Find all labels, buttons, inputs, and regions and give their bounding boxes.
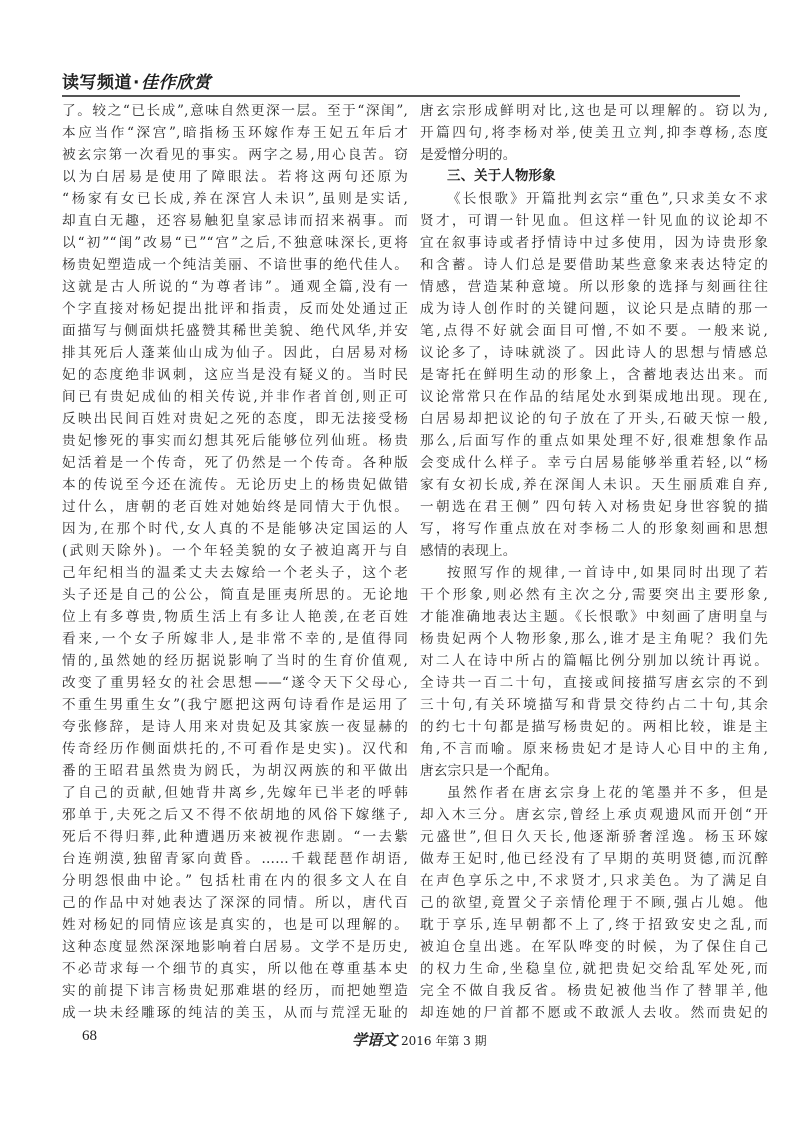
journal-name: 学语文	[352, 1031, 397, 1049]
running-header: 读写频道·佳作欣赏	[62, 68, 742, 96]
text-line: 笔,点得不好就会面目可憎,不如不要。一般来说,	[420, 320, 768, 342]
text-line: 了。较之“已长成”,意味自然更深一层。至于“深闺”,	[62, 100, 408, 122]
section-name: 读写频道	[62, 73, 132, 93]
text-line: 因为,在那个时代,女人真的不是能够决定国运的人	[62, 518, 408, 540]
text-line: 议论常常只在作品的结尾处水到渠成地出现。现在,	[420, 386, 768, 408]
text-line: 这就是古人所说的“为尊者讳”。通观全篇,没有一	[62, 276, 408, 298]
text-line: 唐玄宗形成鲜明对比,这也是可以理解的。窃以为,	[420, 100, 768, 122]
text-line: 己的作品中对她表达了深深的同情。所以，唐代百	[62, 892, 408, 914]
text-line: 情的,虽然她的经历据说影响了当时的生育价值观,	[62, 650, 408, 672]
text-line: 干个形象,则必然有主次之分,需要突出主要形象,	[420, 584, 768, 606]
text-line: 会变成什么样子。幸亏白居易能够举重若轻,以“杨	[420, 452, 768, 474]
left-column: 了。较之“已长成”,意味自然更深一层。至于“深闺”,本应当作“深宫”,暗指杨玉环…	[62, 100, 408, 1024]
text-line: 角,不言而喻。原来杨贵妃才是诗人心目中的主角,	[420, 738, 768, 760]
text-line: 虽然作者在唐玄宗身上花的笔墨并不多，但是	[420, 782, 768, 804]
text-line: 是寄托在鲜明生动的形象上，含蓄地表达出来。而	[420, 364, 768, 386]
title-separator: ·	[133, 73, 140, 93]
text-line: 对二人在诗中所占的篇幅比例分别加以统计再说。	[420, 650, 768, 672]
text-line: 以“初”“闺”改易“已”“宫”之后,不独意味深长,更将	[62, 232, 408, 254]
text-line: 唐玄宗只是一个配角。	[420, 760, 768, 782]
text-line: 宜在叙事诗或者抒情诗中过多使用，因为诗贵形象	[420, 232, 768, 254]
text-line: 家有女初长成,养在深闺人未识。天生丽质难自弃,	[420, 474, 768, 496]
text-line: 情感，营造某种意境。所以形象的选择与刻画往往	[420, 276, 768, 298]
header-divider	[62, 95, 740, 97]
text-line: 才能准确地表达主题。《长恨歌》中刻画了唐明皇与	[420, 606, 768, 628]
text-line: 杨贵妃两个人物形象,那么,谁才是主角呢？我们先	[420, 628, 768, 650]
text-line: 贤才，可谓一针见血。但这样一针见血的议论却不	[420, 210, 768, 232]
text-line: 以为白居易是使用了障眼法。若将这两句还原为	[62, 166, 408, 188]
text-line: 贵妃惨死的事实而幻想其死后能够位列仙班。杨贵	[62, 430, 408, 452]
journal-issue: 2016 年第 3 期	[401, 1034, 487, 1048]
text-line: 元盛世”,但日久天长,他逐渐骄奢淫逸。杨玉环嫁	[420, 826, 768, 848]
text-line: 是爱憎分明的。	[420, 144, 768, 166]
text-line: 间已有贵妃成仙的相关传说,并非作者首创,则正可	[62, 386, 408, 408]
text-line: 排其死后人蓬莱仙山成为仙子。因此，白居易对杨	[62, 342, 408, 364]
text-line: 被玄宗第一次看见的事实。两字之易,用心良苦。窃	[62, 144, 408, 166]
right-column: 唐玄宗形成鲜明对比,这也是可以理解的。窃以为,开篇四句,将李杨对举,使美丑立判,…	[420, 100, 768, 1024]
subsection-name: 佳作欣赏	[141, 73, 211, 93]
text-line: 看来,一个女子所嫁非人,是非常不幸的,是值得同	[62, 628, 408, 650]
text-line: 按照写作的规律,一首诗中,如果同时出现了若	[420, 562, 768, 584]
text-line: 做寿王妃时,他已经没有了早期的英明贤德,而沉醉	[420, 848, 768, 870]
page-number: 68	[82, 1028, 97, 1045]
text-line: 却连她的尸首都不愿或不敢派人去收。然而贵妃的	[420, 1002, 768, 1024]
text-line: 却入木三分。唐玄宗,曾经上承贞观遗风而开创“开	[420, 804, 768, 826]
text-line: 本应当作“深宫”,暗指杨玉环嫁作寿王妃五年后才	[62, 122, 408, 144]
text-line: 传奇经历作侧面烘托的,不可看作是史实)。汉代和	[62, 738, 408, 760]
text-line: (武则天除外)。一个年轻美貌的女子被迫离开与自	[62, 540, 408, 562]
text-line: 杨贵妃塑造成一个纯洁美丽、不谙世事的绝代佳人。	[62, 254, 408, 276]
text-line: 那么,后面写作的重点如果处理不好,很难想象作品	[420, 430, 768, 452]
text-line: 邪单于,夫死之后又不得不依胡地的风俗下嫁继子,	[62, 804, 408, 826]
text-line: 三十句,有关环境描写和背景交待约占二十句,其余	[420, 694, 768, 716]
text-line: 成为诗人创作时的关键问题，议论只是点睛的那一	[420, 298, 768, 320]
text-line: 白居易却把议论的句子放在了开头,石破天惊一般,	[420, 408, 768, 430]
text-line: 死后不得归葬,此种遭遇历来被视作悲剧。“一去紫	[62, 826, 408, 848]
text-line: 这种态度显然深深地影响着白居易。文学不是历史,	[62, 936, 408, 958]
text-line: 不必苛求每一个细节的真实，所以他在尊重基本史	[62, 958, 408, 980]
text-line: 的权力生命,坐稳皇位,就把贵妃交给乱军处死,而	[420, 958, 768, 980]
text-line: 姓对杨妃的同情应该是真实的，也是可以理解的。	[62, 914, 408, 936]
journal-footer: 学语文2016 年第 3 期	[352, 1029, 487, 1050]
text-line: 头子还是自己的公公，简直是匪夷所思的。无论地	[62, 584, 408, 606]
section-title: 读写频道·佳作欣赏	[62, 68, 211, 93]
text-line: 了自己的贡献,但她背井离乡,先嫁年已半老的呼韩	[62, 782, 408, 804]
text-line: 番的王昭君虽然贵为阏氏，为胡汉两族的和平做出	[62, 760, 408, 782]
text-line: 却直白无趣，还容易触犯皇家忌讳而招来祸事。而	[62, 210, 408, 232]
text-line: 不重生男重生女”(我宁愿把这两句诗看作是运用了	[62, 694, 408, 716]
text-line: 被迫仓皇出逃。在军队哗变的时候，为了保住自己	[420, 936, 768, 958]
text-line: 全诗共一百二十句，直接或间接描写唐玄宗的不到	[420, 672, 768, 694]
text-line: 分明怨恨曲中论。” 包括杜甫在内的很多文人在自	[62, 870, 408, 892]
text-line: 在声色享乐之中,不求贤才,只求美色。为了满足自	[420, 870, 768, 892]
text-line: 成一块未经雕琢的纯洁的美玉，从而与荒淫无耻的	[62, 1002, 408, 1024]
text-line: 《长恨歌》开篇批判玄宗“重色”,只求美女不求	[420, 188, 768, 210]
text-line: 的约七十句都是描写杨贵妃的。两相比较，谁是主	[420, 716, 768, 738]
text-line: 议论多了，诗味就淡了。因此诗人的思想与情感总	[420, 342, 768, 364]
text-line: 反映出民间百姓对贵妃之死的态度，即无法接受杨	[62, 408, 408, 430]
section-heading: 三、关于人物形象	[420, 166, 768, 188]
text-line: 一朝选在君王侧” 四句转入对杨贵妃身世容貌的描	[420, 496, 768, 518]
text-line: 过什么，唐朝的老百姓对她始终是同情大于仇恨。	[62, 496, 408, 518]
text-line: 妃的态度绝非讽刺，这应当是没有疑义的。当时民	[62, 364, 408, 386]
text-line: 妃活着是一个传奇，死了仍然是一个传奇。各种版	[62, 452, 408, 474]
text-line: 台连朔漠,独留青冢向黄昏。……千载琵琶作胡语,	[62, 848, 408, 870]
text-line: 感情的表现上。	[420, 540, 768, 562]
text-line: 开篇四句,将李杨对举,使美丑立判,抑李尊杨,态度	[420, 122, 768, 144]
text-line: 己年纪相当的温柔丈夫去嫁给一个老头子，这个老	[62, 562, 408, 584]
text-line: “杨家有女已长成,养在深宫人未识”,虽则是实话,	[62, 188, 408, 210]
text-line: 己的欲望,竟置父子亲情伦理于不顾,强占儿媳。他	[420, 892, 768, 914]
text-line: 实的前提下讳言杨贵妃那难堪的经历，而把她塑造	[62, 980, 408, 1002]
text-line: 夸张修辞，是诗人用来对贵妃及其家族一夜显赫的	[62, 716, 408, 738]
text-line: 个字直接对杨妃提出批评和指责，反而处处通过正	[62, 298, 408, 320]
text-line: 写，将写作重点放在对李杨二人的形象刻画和思想	[420, 518, 768, 540]
text-line: 完全不做自我反省。杨贵妃被他当作了替罪羊,他	[420, 980, 768, 1002]
text-line: 耽于享乐,连早朝都不上了,终于招致安史之乱,而	[420, 914, 768, 936]
text-line: 位上有多尊贵,物质生活上有多让人艳羡,在老百姓	[62, 606, 408, 628]
text-line: 改变了重男轻女的社会思想——“遂令天下父母心,	[62, 672, 408, 694]
text-line: 面描写与侧面烘托盛赞其稀世美貌、绝代风华,并安	[62, 320, 408, 342]
text-line: 本的传说至今还在流传。无论历史上的杨贵妃做错	[62, 474, 408, 496]
text-line: 和含蓄。诗人们总是要借助某些意象来表达特定的	[420, 254, 768, 276]
